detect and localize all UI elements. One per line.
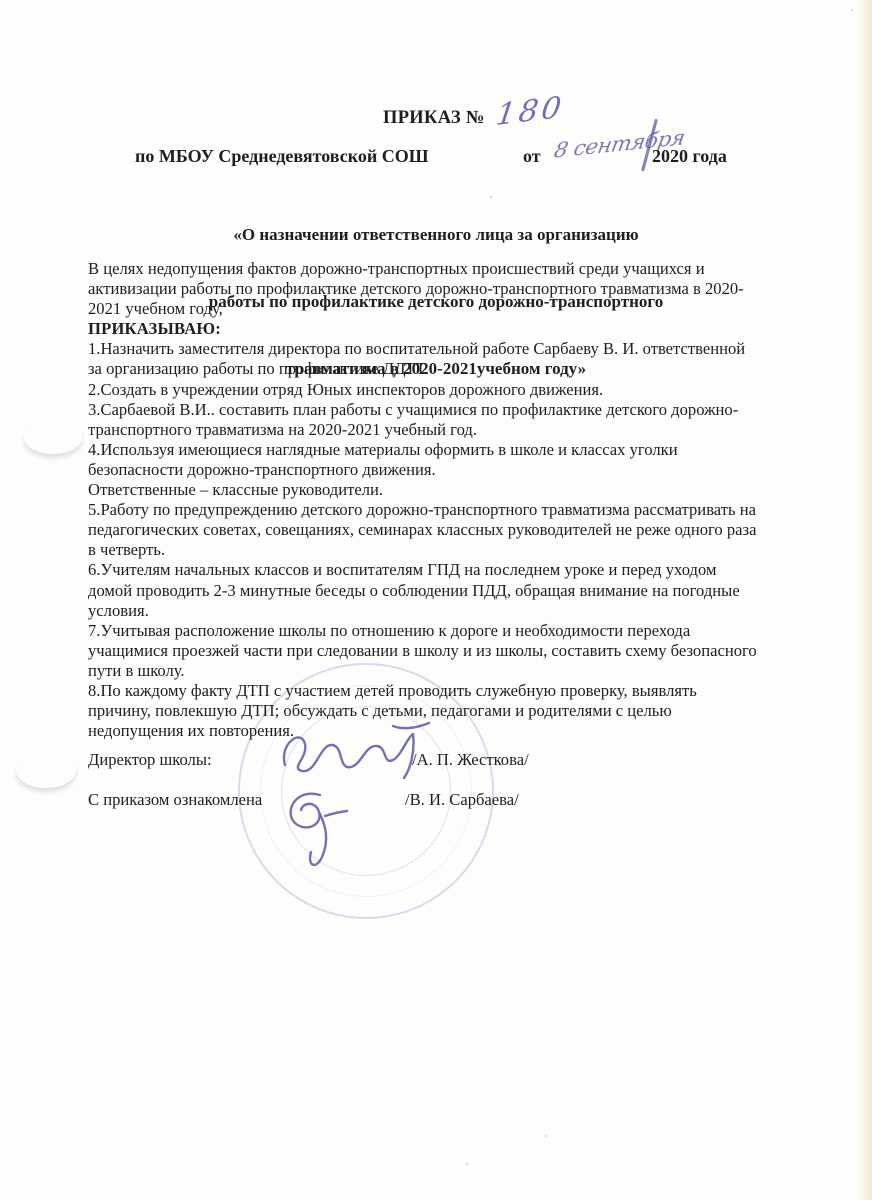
body-line: 7.Учитывая расположение школы по отношен… [88,621,757,641]
date-from-label: от [523,146,541,167]
body-line: 3.Сарбаевой В.И.. составить план работы … [88,400,757,420]
body-line: пути в школу. [88,661,757,681]
body-line: Ответственные – классные руководители. [88,480,757,500]
acknowledged-signature-handwriting [291,794,347,865]
body-line: условия. [88,601,757,621]
year-label: 2020 года [652,146,727,167]
body-line: 8.По каждому факту ДТП с участием детей … [88,681,757,701]
body-line: 2.Создать в учреждении отряд Юных инспек… [88,380,757,400]
body-line: 2021 учебном году, [88,299,757,319]
signature-label-director: Директор школы: [88,750,212,770]
scan-speck [466,1163,468,1165]
scanned-order-document: ПРИКАЗ № 180 по МБОУ Среднедевятовской С… [0,0,872,1200]
body-line: 5.Работу по предупреждению детского доро… [88,500,757,520]
order-number-handwritten: 180 [494,90,566,133]
body-line: учащимися проезжей части при следовании … [88,641,757,661]
body-line: 6.Учителям начальных классов и воспитате… [88,560,757,580]
body-line: домой проводить 2-3 минутные беседы о со… [88,581,757,601]
body-line: транспортного травматизма на 2020-2021 у… [88,420,757,440]
body-line: за организацию работы по профилактике ДД… [88,359,757,379]
body-line: безопасности дорожно-транспортного движе… [88,460,757,480]
body-line: 4.Используя имеющиеся наглядные материал… [88,440,757,460]
body-line: ПРИКАЗЫВАЮ: [88,319,757,339]
body-line: педагогических советах, совещаниях, семи… [88,520,757,540]
body-line: 1.Назначить заместителя директора по вос… [88,339,757,359]
scan-speck [545,1135,547,1137]
punch-hole-mark [24,420,82,454]
handwritten-signatures [263,708,473,883]
signature-label-acknowledged: С приказом ознакомлена [88,790,262,810]
body-line: активизации работы по профилактике детск… [88,279,757,299]
subject-line: «О назначении ответственного лица за орг… [0,224,872,246]
body-line: В целях недопущения фактов дорожно-транс… [88,259,757,279]
order-title: ПРИКАЗ № [383,108,485,129]
body-line: в четверть. [88,540,757,560]
organization-name: по МБОУ Среднедевятовской СОШ [135,146,429,167]
scan-speck [851,9,853,11]
director-signature-handwriting [284,723,429,778]
punch-hole-mark [16,752,76,788]
order-body: В целях недопущения фактов дорожно-транс… [88,259,757,741]
